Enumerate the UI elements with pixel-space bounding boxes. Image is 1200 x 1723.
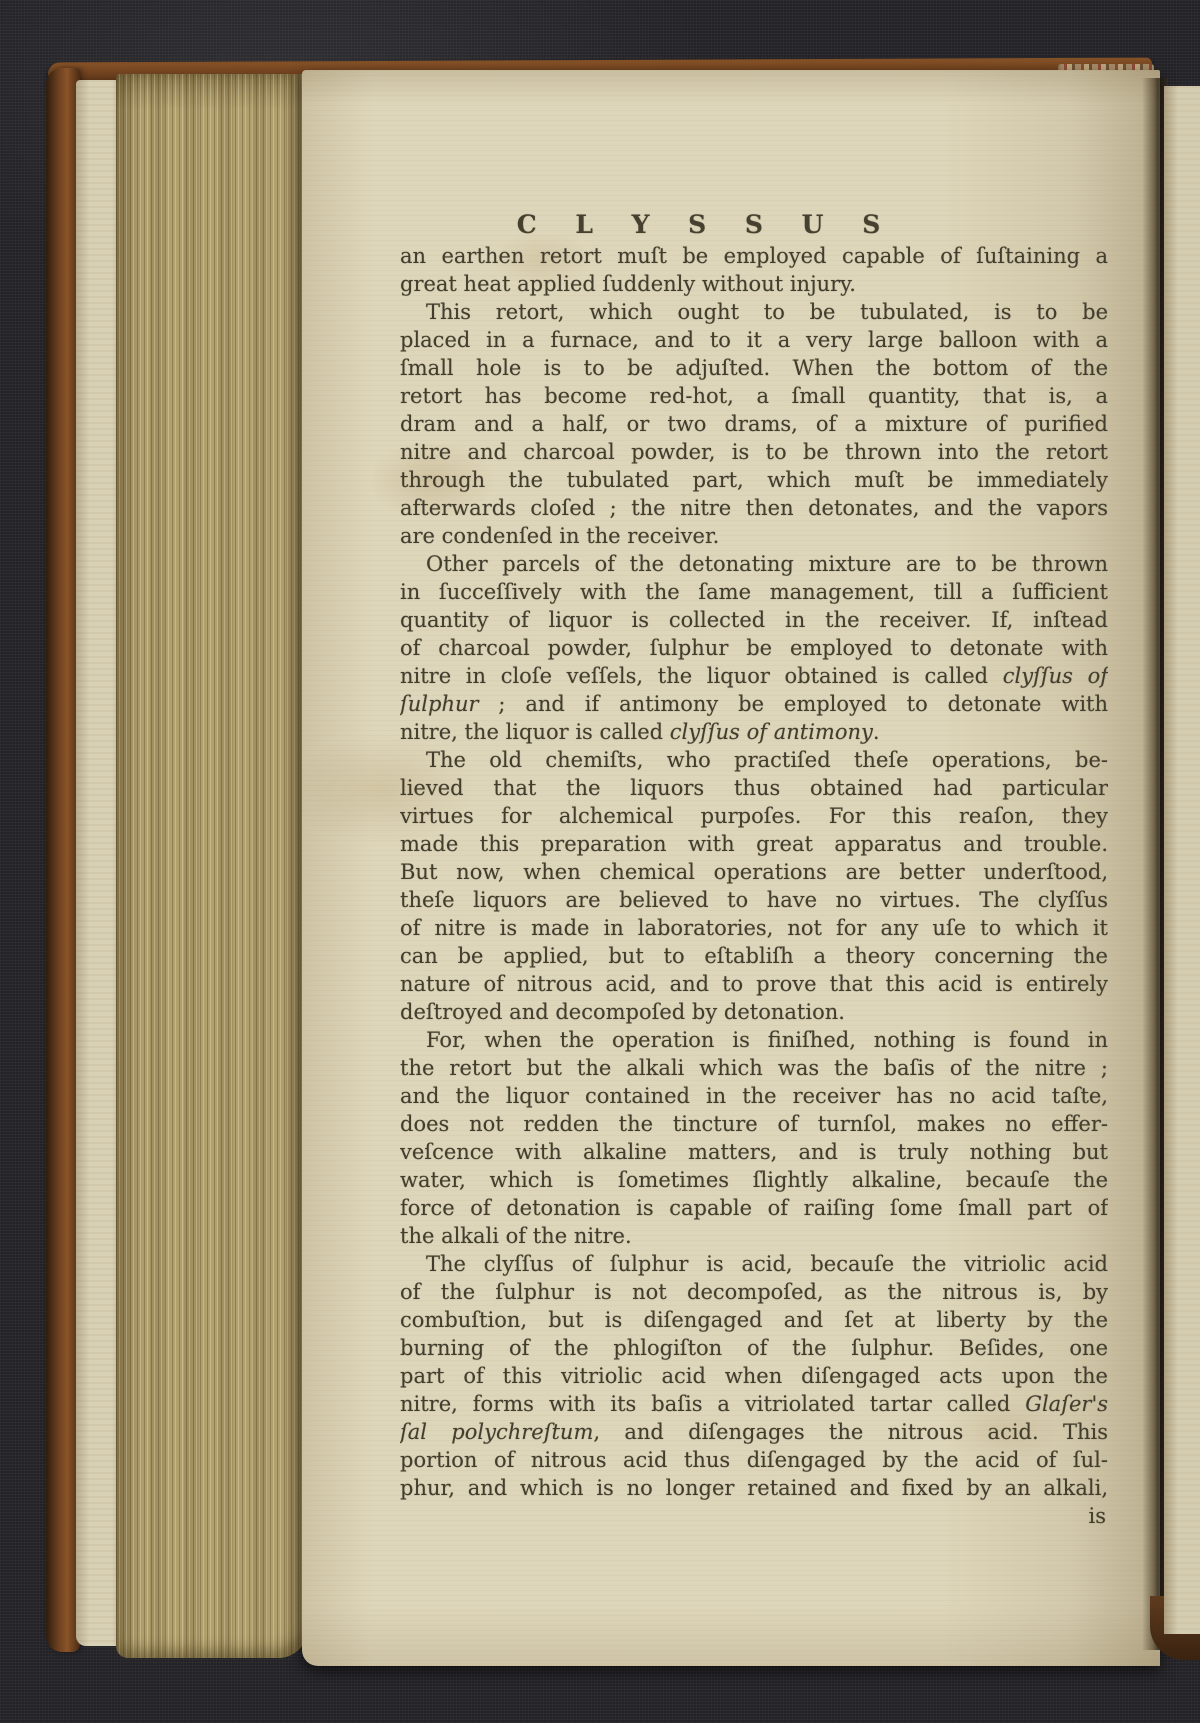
text-line: made this preparation with great apparat… — [400, 830, 1108, 858]
page-block-fore-edges — [116, 74, 308, 1658]
text-line: of the ſulphur is not decompoſed, as the… — [400, 1278, 1108, 1306]
text-line: burning of the phlogiſton of the ſulphur… — [400, 1334, 1108, 1362]
text-line: quantity of liquor is collected in the r… — [400, 606, 1108, 634]
text-line: deſtroyed and decompoſed by detonation. — [400, 998, 1108, 1026]
text-line: The old chemiſts, who practiſed theſe op… — [400, 746, 1108, 774]
text-line: portion of nitrous acid thus diſengaged … — [400, 1446, 1108, 1474]
catchword: is — [400, 1502, 1108, 1530]
text-line: Other parcels of the detonating mixture … — [400, 550, 1108, 578]
text-line: lieved that the liquors thus obtained ha… — [400, 774, 1108, 802]
book-page: C L Y S S U S an earthen retort muſt be … — [302, 70, 1160, 1666]
text-line: afterwards cloſed ; the nitre then deton… — [400, 494, 1108, 522]
text-line: ſal polychreſtum, and diſengages the nit… — [400, 1418, 1108, 1446]
text-lines: an earthen retort muſt be employed capab… — [400, 242, 1108, 1530]
text-line: part of this vitriolic acid when diſenga… — [400, 1362, 1108, 1390]
text-line: nature of nitrous acid, and to prove tha… — [400, 970, 1108, 998]
text-line: in ſucceſſively with the ſame management… — [400, 578, 1108, 606]
text-line: retort has become red-hot, a ſmall quant… — [400, 382, 1108, 410]
text-line: are condenſed in the receiver. — [400, 522, 1108, 550]
text-line: great heat applied ſuddenly without inju… — [400, 270, 1108, 298]
text-line: through the tubulated part, which muſt b… — [400, 466, 1108, 494]
text-line: does not redden the tincture of turnſol,… — [400, 1110, 1108, 1138]
text-line: an earthen retort muſt be employed capab… — [400, 242, 1108, 270]
book-photo: C L Y S S U S an earthen retort muſt be … — [0, 0, 1200, 1723]
text-line: the retort but the alkali which was the … — [400, 1054, 1108, 1082]
text-line: combuſtion, but is diſengaged and ſet at… — [400, 1306, 1108, 1334]
text-line: virtues for alchemical purpoſes. For thi… — [400, 802, 1108, 830]
text-line: can be applied, but to eſtabliſh a theor… — [400, 942, 1108, 970]
text-line: of charcoal powder, ſulphur be employed … — [400, 634, 1108, 662]
text-line: and the liquor contained in the receiver… — [400, 1082, 1108, 1110]
text-line: of nitre is made in laboratories, not fo… — [400, 914, 1108, 942]
text-line: ſmall hole is to be adjuſted. When the b… — [400, 354, 1108, 382]
text-line: For, when the operation is finiſhed, not… — [400, 1026, 1108, 1054]
text-line: force of detonation is capable of raiſin… — [400, 1194, 1108, 1222]
text-line: water, which is ſometimes ſlightly alkal… — [400, 1166, 1108, 1194]
text-line: nitre and charcoal powder, is to be thro… — [400, 438, 1108, 466]
leather-spine-edge — [46, 68, 80, 1652]
facing-page-sliver — [1164, 86, 1200, 1634]
text-line: phur, and which is no longer retained an… — [400, 1474, 1108, 1502]
text-line: the alkali of the nitre. — [400, 1222, 1108, 1250]
text-line: The clyſſus of ſulphur is acid, becauſe … — [400, 1250, 1108, 1278]
text-line: But now, when chemical operations are be… — [400, 858, 1108, 886]
text-line: nitre, forms with its baſis a vitriolate… — [400, 1390, 1108, 1418]
text-line: theſe liquors are believed to have no vi… — [400, 886, 1108, 914]
text-line: ſulphur ; and if antimony be employed to… — [400, 690, 1108, 718]
text-line: nitre in cloſe veſſels, the liquor obtai… — [400, 662, 1108, 690]
text-line: nitre, the liquor is called clyſſus of a… — [400, 718, 1108, 746]
text-line: dram and a half, or two drams, of a mixt… — [400, 410, 1108, 438]
text-line: veſcence with alkaline matters, and is t… — [400, 1138, 1108, 1166]
text-line: placed in a furnace, and to it a very la… — [400, 326, 1108, 354]
running-head: C L Y S S U S — [352, 210, 1060, 239]
text-line: This retort, which ought to be tubulated… — [400, 298, 1108, 326]
